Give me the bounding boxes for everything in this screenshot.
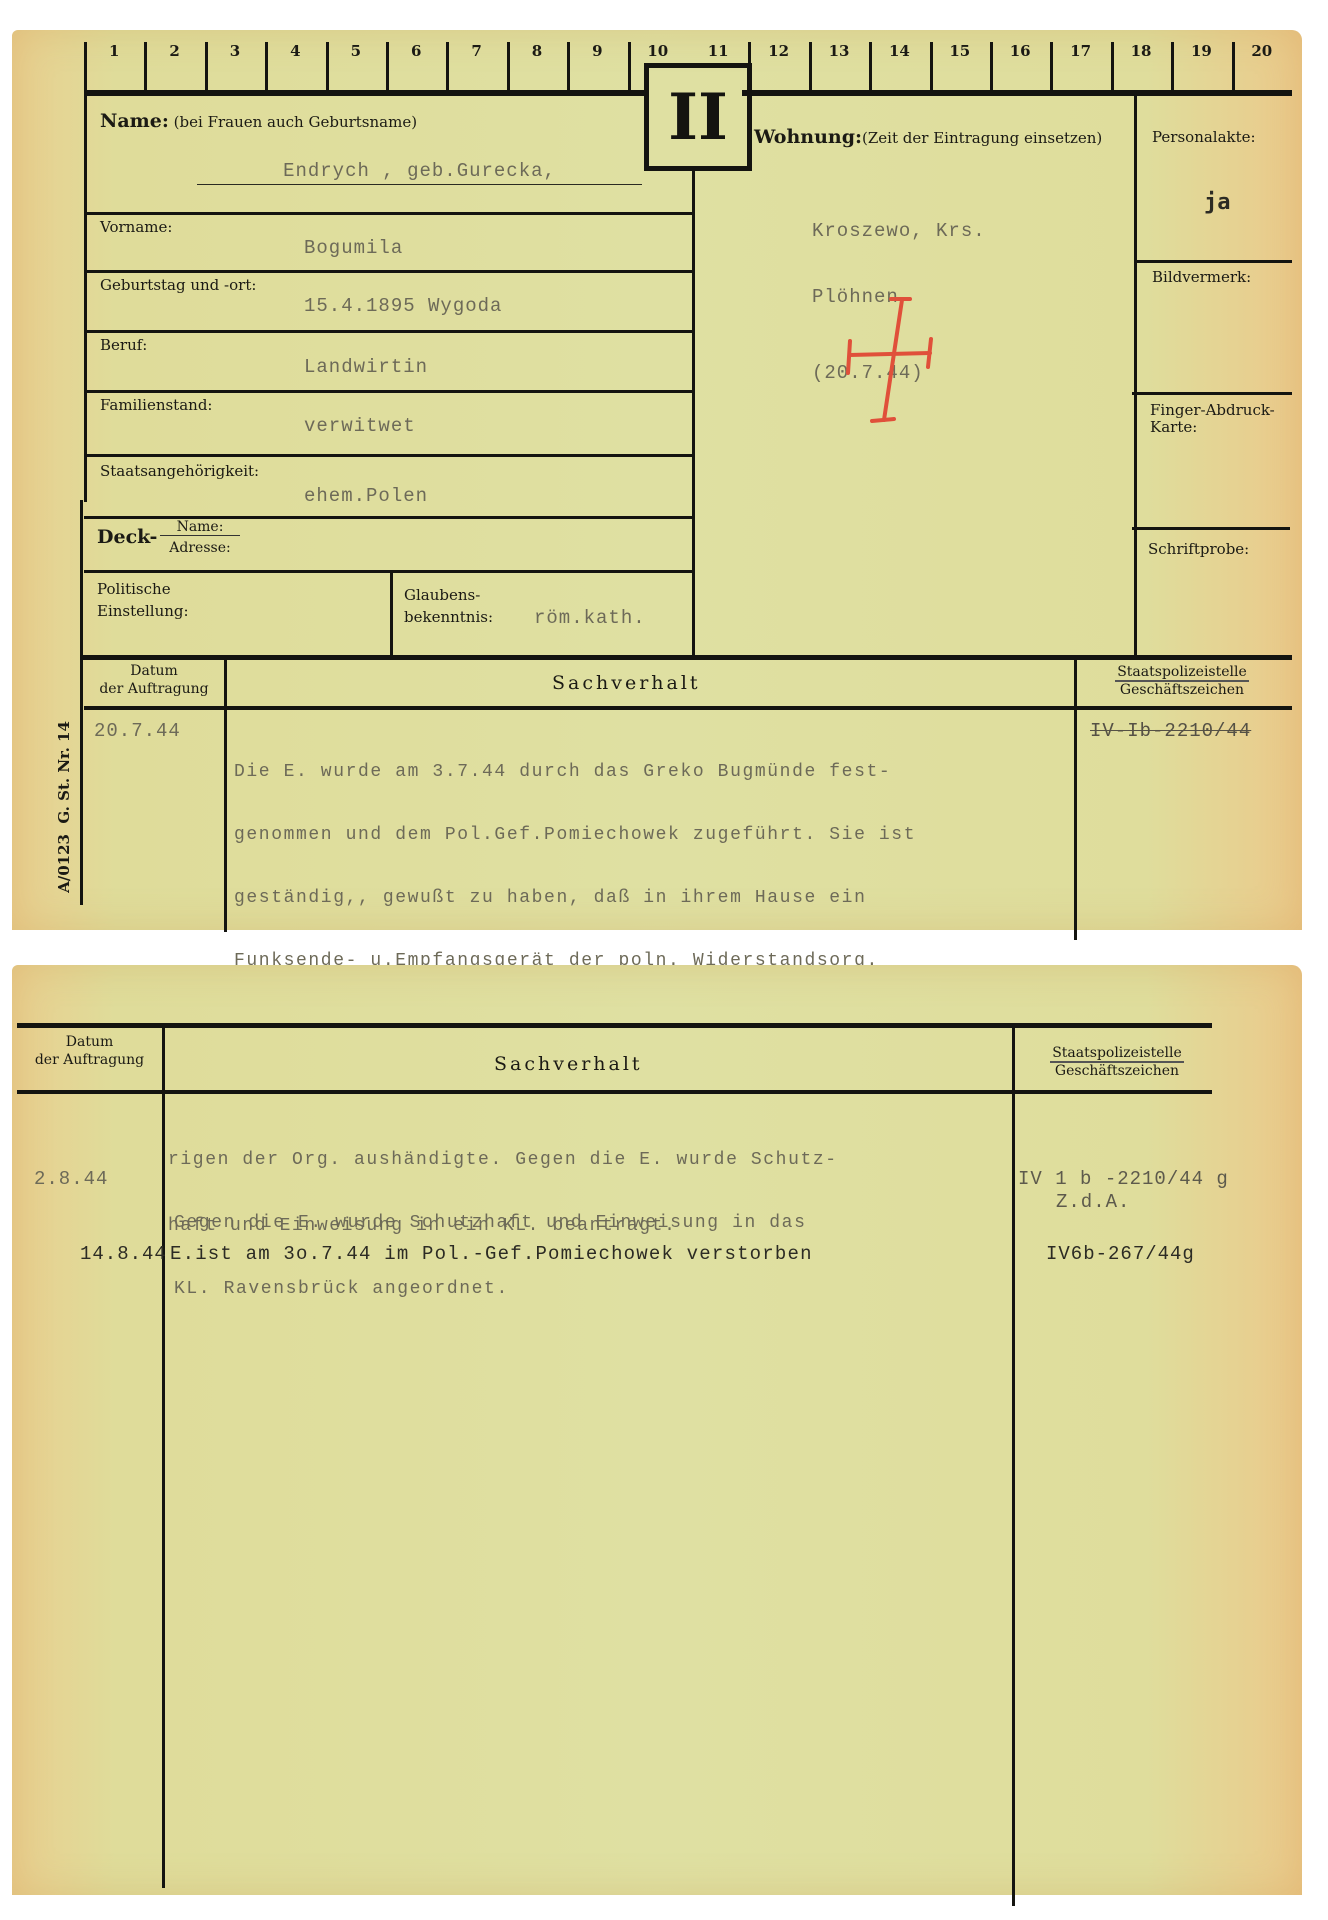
vorname-value: Bogumila <box>304 237 403 259</box>
ruler-tick <box>205 42 208 90</box>
ruler-number: 10 <box>638 42 678 60</box>
ruler-number: 15 <box>940 42 980 60</box>
ruler-tick <box>144 42 147 90</box>
index-card-front: 1234567891011121314151617181920 II Name:… <box>12 30 1302 930</box>
red-cross-mark-icon <box>842 295 952 430</box>
politische-einstellung-label: Politische Einstellung: <box>97 578 189 622</box>
ruler-number: 20 <box>1242 42 1282 60</box>
name-label: Name: (bei Frauen auch Geburtsname) <box>100 110 417 132</box>
ruler-tick <box>1111 42 1114 90</box>
glaubensbekenntnis-label: Glaubens- bekenntnis: <box>404 584 493 628</box>
ruler-tick <box>628 42 631 90</box>
divider <box>84 330 692 333</box>
ruler-number: 8 <box>517 42 557 60</box>
ruler-tick <box>930 42 933 90</box>
sachverhalt-header: Sachverhalt <box>552 672 701 694</box>
entry-reference-note: Z.d.A. <box>1056 1191 1130 1213</box>
datum-header: Datum der Auftragung <box>84 662 224 698</box>
ruler-number: 13 <box>819 42 859 60</box>
stapo-header: Staatspolizeistelle Geschäftszeichen <box>1022 1045 1212 1079</box>
deck-address-label: Adresse: <box>160 540 240 556</box>
divider <box>1012 1028 1015 1906</box>
ruler-number: 3 <box>215 42 255 60</box>
entry-date: 20.7.44 <box>94 720 181 742</box>
divider <box>742 90 1292 96</box>
ruler-number: 19 <box>1181 42 1221 60</box>
schriftprobe-label: Schriftprobe: <box>1148 540 1249 558</box>
entry-reference: IV 1 b -2210/44 g <box>1018 1168 1229 1190</box>
ruler-tick <box>990 42 993 90</box>
divider <box>84 270 692 273</box>
bildvermerk-label: Bildvermerk: <box>1152 268 1251 286</box>
ruler-tick <box>869 42 872 90</box>
divider <box>224 660 227 932</box>
divider <box>692 166 695 656</box>
section-numeral-box: II <box>644 63 752 171</box>
stapo-header: Staatspolizeistelle Geschäftszeichen <box>1087 664 1277 698</box>
familienstand-label: Familienstand: <box>100 396 212 414</box>
ruler-number: 18 <box>1121 42 1161 60</box>
sachverhalt-header: Sachverhalt <box>494 1053 643 1075</box>
name-value: Endrych , geb.Gurecka, <box>197 160 642 185</box>
personalakte-value: ja <box>1204 190 1231 215</box>
personalakte-label: Personalakte: <box>1152 128 1256 146</box>
divider <box>390 573 393 655</box>
ruler-number: 2 <box>155 42 195 60</box>
beruf-value: Landwirtin <box>304 356 428 378</box>
ruler-tick <box>386 42 389 90</box>
ruler-tick <box>1171 42 1174 90</box>
ruler-number: 14 <box>879 42 919 60</box>
familienstand-value: verwitwet <box>304 415 416 437</box>
deck-name-label: Name: <box>160 519 240 536</box>
divider <box>84 390 692 393</box>
wohnung-label: Wohnung:(Zeit der Eintragung einsetzen) <box>754 126 1102 148</box>
divider <box>17 1090 1212 1094</box>
divider <box>84 454 692 457</box>
divider <box>84 212 692 215</box>
section-numeral: II <box>668 80 728 155</box>
index-card-back: Datum der Auftragung Sachverhalt Staatsp… <box>12 965 1302 1895</box>
ruler-tick <box>326 42 329 90</box>
ruler-number: 17 <box>1061 42 1101 60</box>
glaubensbekenntnis-value: röm.kath. <box>534 607 646 629</box>
ruler-tick <box>809 42 812 90</box>
ruler-number: 5 <box>336 42 376 60</box>
geburt-label: Geburtstag und -ort: <box>100 276 256 294</box>
ruler-number: 4 <box>275 42 315 60</box>
datum-header: Datum der Auftragung <box>17 1033 162 1069</box>
ruler-number: 9 <box>577 42 617 60</box>
ruler-tick <box>265 42 268 90</box>
ruler-tick <box>446 42 449 90</box>
entry-date: 2.8.44 <box>34 1168 108 1190</box>
divider <box>162 1028 165 1888</box>
divider <box>1074 660 1077 940</box>
beruf-label: Beruf: <box>100 336 147 354</box>
divider <box>1132 527 1290 530</box>
entry-reference: IV6b-267/44g <box>1046 1243 1195 1265</box>
entry-reference: IV-Ib-2210/44 <box>1090 720 1251 742</box>
ruler-number: 11 <box>698 42 738 60</box>
divider <box>84 706 1292 710</box>
ruler-number: 6 <box>396 42 436 60</box>
ruler-number: 16 <box>1000 42 1040 60</box>
divider <box>1132 392 1292 395</box>
divider <box>82 655 1292 660</box>
divider <box>84 90 644 96</box>
ruler-tick <box>1232 42 1235 90</box>
divider <box>1134 260 1292 263</box>
geburt-value: 15.4.1895 Wygoda <box>304 295 502 317</box>
deck-label: Deck- <box>97 526 157 548</box>
ruler-tick <box>1050 42 1053 90</box>
ruler-tick <box>507 42 510 90</box>
divider <box>80 500 83 905</box>
staatsangehoerigkeit-value: ehem.Polen <box>304 485 428 507</box>
ruler-number: 12 <box>759 42 799 60</box>
ruler-tick <box>567 42 570 90</box>
form-code: A/0123 G. St. Nr. 14 <box>55 697 73 917</box>
entry-text: E.ist am 3o.7.44 im Pol.-Gef.Pomiechowek… <box>170 1243 813 1265</box>
staatsangehoerigkeit-label: Staatsangehörigkeit: <box>100 462 259 480</box>
entry-date: 14.8.44 <box>80 1243 167 1265</box>
ruler-number: 7 <box>457 42 497 60</box>
divider <box>17 1023 1212 1028</box>
divider <box>84 570 692 573</box>
fingerabdruck-label: Finger-Abdruck- Karte: <box>1150 402 1275 436</box>
vorname-label: Vorname: <box>100 218 172 236</box>
divider <box>1134 96 1137 658</box>
ruler-number: 1 <box>94 42 134 60</box>
